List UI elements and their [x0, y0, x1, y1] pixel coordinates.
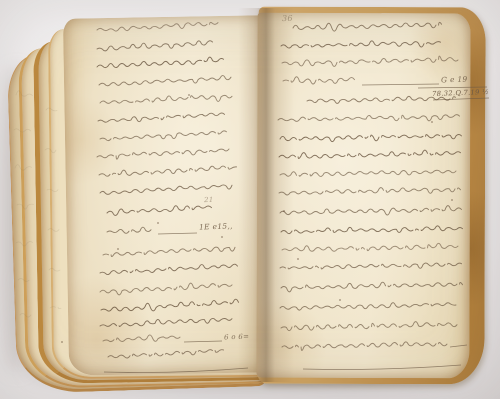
- photo-stage: 211E e15,,6 o 6=36G e 1978.32.Q.7.19 ½: [0, 0, 500, 399]
- book-gutter-shadow: [238, 8, 294, 382]
